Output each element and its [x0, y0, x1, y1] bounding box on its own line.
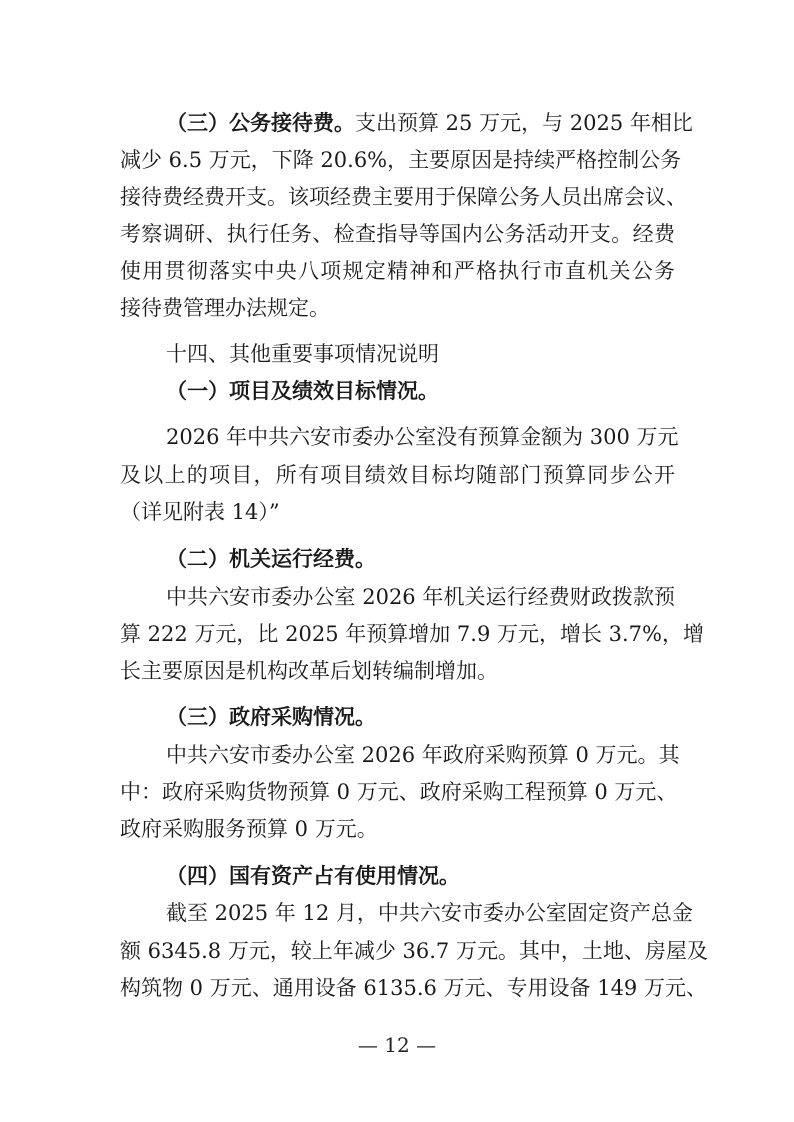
- paragraph-line: 减少 6.5 万元，下降 20.6%，主要原因是持续严格控制公务: [120, 145, 675, 175]
- paragraph-line: 额 6345.8 万元，较上年减少 36.7 万元。其中，土地、房屋及: [120, 936, 675, 966]
- paragraph-line: 截至 2025 年 12 月，中共六安市委办公室固定资产总金: [166, 898, 675, 928]
- section-heading: （一）项目及绩效目标情况。: [166, 376, 675, 406]
- section-heading: （三）公务接待费。: [166, 111, 355, 135]
- paragraph-line: 算 222 万元，比 2025 年预算增加 7.9 万元，增长 3.7%，增: [120, 619, 675, 649]
- paragraph-line: 接待费管理办法规定。: [120, 293, 675, 323]
- paragraph-line: 构筑物 0 万元、通用设备 6135.6 万元、专用设备 149 万元、: [120, 973, 675, 1003]
- paragraph-line: 长主要原因是机构改革后划转编制增加。: [120, 656, 675, 686]
- chapter-title: 十四、其他重要事项情况说明: [166, 339, 675, 369]
- paragraph-line: 中共六安市委办公室 2026 年机关运行经费财政拨款预: [166, 582, 675, 612]
- page-number: — 12 —: [0, 1030, 794, 1060]
- section-heading: （二）机关运行经费。: [166, 544, 675, 574]
- paragraph-line: 2026 年中共六安市委办公室没有预算金额为 300 万元: [166, 422, 675, 452]
- paragraph-line: （详见附表 14）”: [120, 497, 675, 527]
- paragraph-line: 考察调研、执行任务、检查指导等国内公务活动开支。经费: [120, 219, 675, 249]
- document-page: （三）公务接待费。支出预算 25 万元，与 2025 年相比 减少 6.5 万元…: [0, 0, 794, 1122]
- paragraph-text: 支出预算 25 万元，与 2025 年相比: [355, 111, 693, 135]
- paragraph-line: 接待费经费开支。该项经费主要用于保障公务人员出席会议、: [120, 182, 675, 212]
- paragraph-line: 及以上的项目，所有项目绩效目标均随部门预算同步公开: [120, 460, 675, 490]
- section-heading: （四）国有资产占有使用情况。: [166, 861, 675, 891]
- paragraph-line: 政府采购服务预算 0 万元。: [120, 814, 675, 844]
- paragraph-line: 中共六安市委办公室 2026 年政府采购预算 0 万元。其: [166, 740, 675, 770]
- paragraph-line: 使用贯彻落实中央八项规定精神和严格执行市直机关公务: [120, 256, 675, 286]
- section-heading: （三）政府采购情况。: [166, 702, 675, 732]
- paragraph-line: （三）公务接待费。支出预算 25 万元，与 2025 年相比: [166, 108, 675, 138]
- paragraph-line: 中：政府采购货物预算 0 万元、政府采购工程预算 0 万元、: [120, 777, 675, 807]
